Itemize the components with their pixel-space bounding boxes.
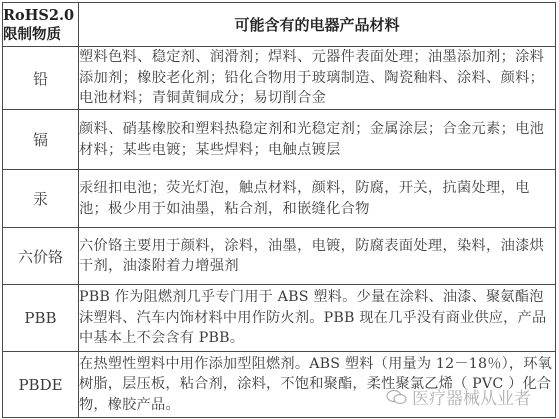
- materials-cell: 六价铬主要用于颜料，涂料，油墨，电镀，防腐表面处理，染料，油漆烘干剂，油漆附着力…: [79, 228, 556, 285]
- table-row: 汞 汞纽扣电池；荧光灯泡，触点材料，颜料，防腐，开关，抗菌处理，电池；极少用于如…: [3, 170, 556, 228]
- rohs-materials-table: RoHS2.0 限制物质 可能含有的电器产品材料 铅 塑料色料、稳定剂、润滑剂；…: [2, 2, 556, 418]
- table-row: PBDE 在热塑性塑料中用作添加型阻燃剂。ABS 塑料（用量为 12－18％），…: [3, 352, 556, 418]
- table-row: 铅 塑料色料、稳定剂、润滑剂；焊料、元器件表面处理；油墨添加剂；涂料添加剂；橡胶…: [3, 47, 556, 110]
- substance-cell: 镉: [3, 110, 79, 170]
- header-materials: 可能含有的电器产品材料: [79, 3, 556, 47]
- table-row: 六价铬 六价铬主要用于颜料，涂料，油墨，电镀，防腐表面处理，染料，油漆烘干剂，油…: [3, 228, 556, 285]
- materials-cell: 颜料、硝基橡胶和塑料热稳定剂和光稳定剂；金属涂层；合金元素；电池材料；某些电镀；…: [79, 110, 556, 170]
- materials-cell: PBB 作为阻燃剂几乎专门用于 ABS 塑料。少量在涂料、油漆、聚氨酯泡沫塑料、…: [79, 285, 556, 352]
- substance-cell: 六价铬: [3, 228, 79, 285]
- substance-cell: 汞: [3, 170, 79, 228]
- substance-cell: PBDE: [3, 352, 79, 418]
- table-row: PBB PBB 作为阻燃剂几乎专门用于 ABS 塑料。少量在涂料、油漆、聚氨酯泡…: [3, 285, 556, 352]
- materials-cell: 汞纽扣电池；荧光灯泡，触点材料，颜料，防腐，开关，抗菌处理，电池；极少用于如油墨…: [79, 170, 556, 228]
- table-row: 镉 颜料、硝基橡胶和塑料热稳定剂和光稳定剂；金属涂层；合金元素；电池材料；某些电…: [3, 110, 556, 170]
- substance-cell: 铅: [3, 47, 79, 110]
- table-header-row: RoHS2.0 限制物质 可能含有的电器产品材料: [3, 3, 556, 47]
- materials-cell: 在热塑性塑料中用作添加型阻燃剂。ABS 塑料（用量为 12－18％），环氧树脂，…: [79, 352, 556, 418]
- header-substance-line1: RoHS2.0: [3, 6, 78, 25]
- substance-cell: PBB: [3, 285, 79, 352]
- header-substance: RoHS2.0 限制物质: [3, 3, 79, 47]
- materials-cell: 塑料色料、稳定剂、润滑剂；焊料、元器件表面处理；油墨添加剂；涂料添加剂；橡胶老化…: [79, 47, 556, 110]
- header-substance-line2: 限制物质: [3, 25, 78, 44]
